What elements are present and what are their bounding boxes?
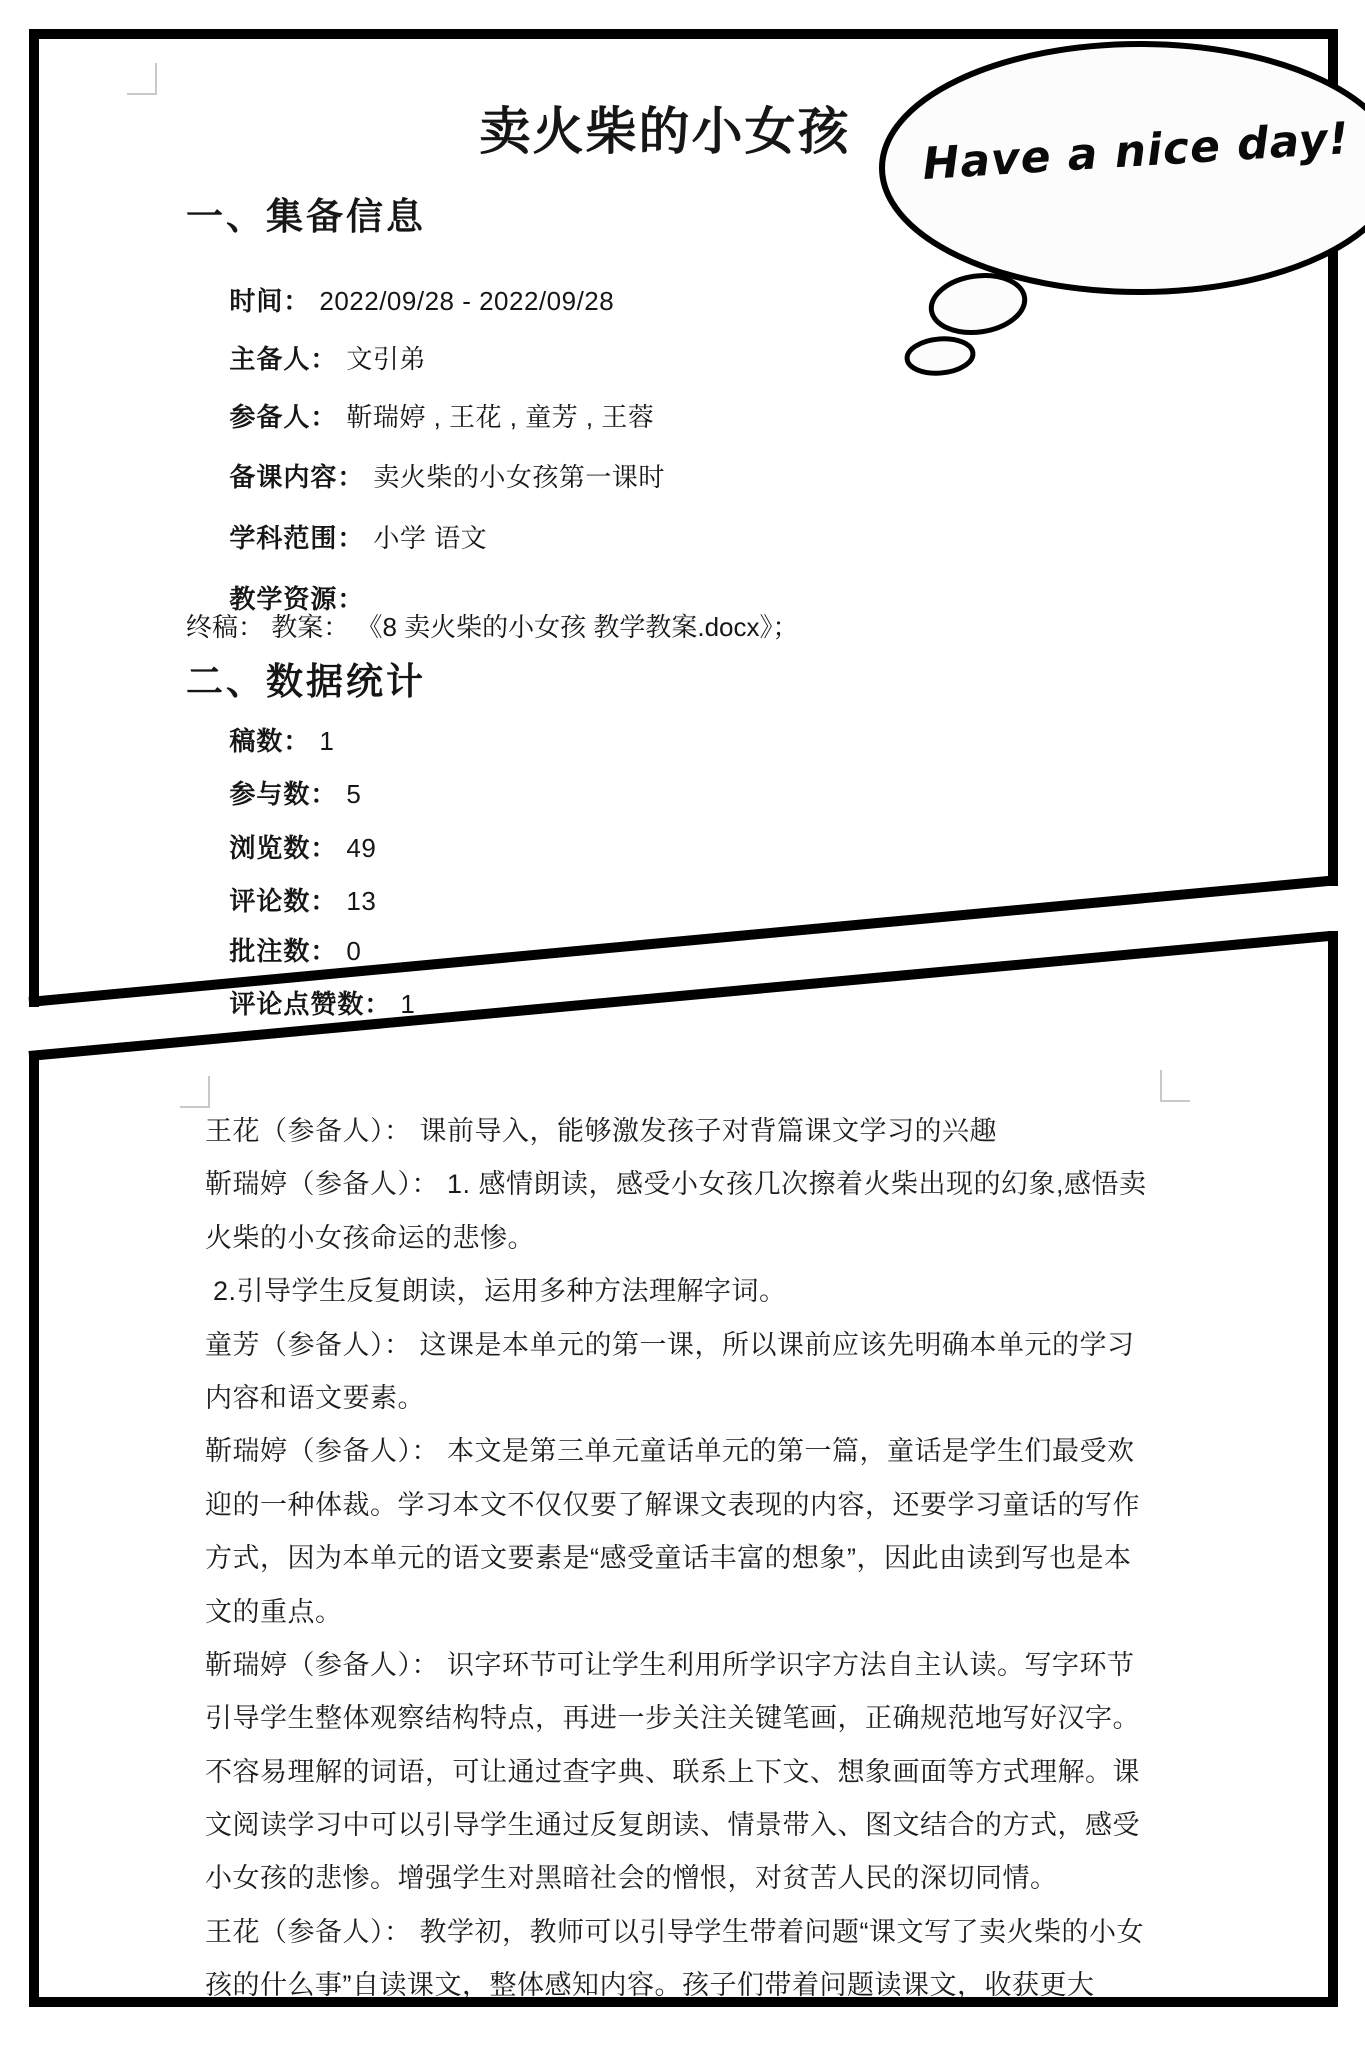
field-time: 时间：2022/09/28 - 2022/09/28: [186, 250, 614, 282]
page1-cropmark-topleft: [127, 63, 157, 95]
discussion-line: 2.引导学生反复朗读，运用多种方法理解字词。: [205, 1265, 1265, 1318]
page2-cropmark-topleft: [180, 1076, 210, 1108]
stat-comments: 评论数：13: [186, 850, 376, 882]
discussion-line: 靳瑞婷（参备人）： 本文是第三单元童话单元的第一篇，童话是学生们最受欢: [205, 1425, 1265, 1478]
page2-border-left: [29, 1051, 39, 2007]
final-draft-line: 终稿： 教案： 《8 卖火柴的小女孩 教学教案.docx》；: [186, 607, 799, 639]
field-co-preparers: 参备人：靳瑞婷 , 王花 , 童芳 , 王蓉: [186, 366, 654, 398]
thought-bubble-trail-medium: [928, 270, 1029, 339]
field-lesson-content: 备课内容：卖火柴的小女孩第一课时: [186, 426, 665, 458]
discussion-line: 引导学生整体观察结构特点，再进一步关注关键笔画，正确规范地写好汉字。: [205, 1692, 1265, 1745]
discussion-line: 小女孩的悲惨。增强学生对黑暗社会的憎恨，对贫苦人民的深切同情。: [205, 1852, 1265, 1905]
stat-annotations: 批注数：0: [186, 900, 361, 932]
discussion-line: 童芳（参备人）： 这课是本单元的第一课，所以课前应该先明确本单元的学习: [205, 1319, 1265, 1372]
stat-draft-count: 稿数：1: [186, 690, 334, 722]
page2-border-bottom: [29, 1997, 1338, 2007]
discussion-line: 文的重点。: [205, 1586, 1265, 1639]
discussion-line: 不容易理解的词语，可让通过查字典、联系上下文、想象画面等方式理解。课: [205, 1746, 1265, 1799]
discussion-line: 靳瑞婷（参备人）： 1. 感情朗读，感受小女孩几次擦着火柴出现的幻象,感悟卖: [205, 1158, 1265, 1211]
discussion-line: 文阅读学习中可以引导学生通过反复朗读、情景带入、图文结合的方式，感受: [205, 1799, 1265, 1852]
stat-views: 浏览数：49: [186, 797, 376, 829]
discussion-line: 方式，因为本单元的语文要素是“感受童话丰富的想象”，因此由读到写也是本: [205, 1532, 1265, 1585]
discussion-line: 迎的一种体裁。学习本文不仅仅要了解课文表现的内容，还要学习童话的写作: [205, 1479, 1265, 1532]
discussion-text-block: 王花（参备人）： 课前导入，能够激发孩子对背篇课文学习的兴趣 靳瑞婷（参备人）：…: [205, 1105, 1265, 2013]
page1-border-left: [29, 29, 39, 1007]
field-subject-scope: 学科范围：小学 语文: [186, 487, 487, 519]
stat-participants: 参与数：5: [186, 743, 361, 775]
page2-border-right: [1328, 931, 1338, 2007]
discussion-line: 王花（参备人）： 教学初，教师可以引导学生带着问题“课文写了卖火柴的小女: [205, 1906, 1265, 1959]
discussion-line: 靳瑞婷（参备人）： 识字环节可让学生利用所学识字方法自主认读。写字环节: [205, 1639, 1265, 1692]
thought-bubble-sticker: [858, 22, 1365, 392]
section1-heading: 一、集备信息: [186, 186, 426, 240]
field-lead-preparer: 主备人：文引弟: [186, 308, 426, 340]
thought-bubble-trail-small: [906, 336, 975, 376]
discussion-line: 火柴的小女孩命运的悲惨。: [205, 1212, 1265, 1265]
stat-comment-likes-value: 1: [400, 989, 415, 1019]
field-teaching-resources: 教学资源：: [186, 548, 373, 580]
stat-comment-likes-label: 评论点赞数：: [229, 989, 391, 1019]
screenshot-canvas: 卖火柴的小女孩 一、集备信息 时间：2022/09/28 - 2022/09/2…: [0, 0, 1365, 2048]
discussion-line: 内容和语文要素。: [205, 1372, 1265, 1425]
page2-cropmark-topright: [1160, 1070, 1190, 1102]
discussion-line: 王花（参备人）： 课前导入，能够激发孩子对背篇课文学习的兴趣: [205, 1105, 1265, 1158]
field-subject-scope-value: 小学 语文: [373, 523, 487, 553]
